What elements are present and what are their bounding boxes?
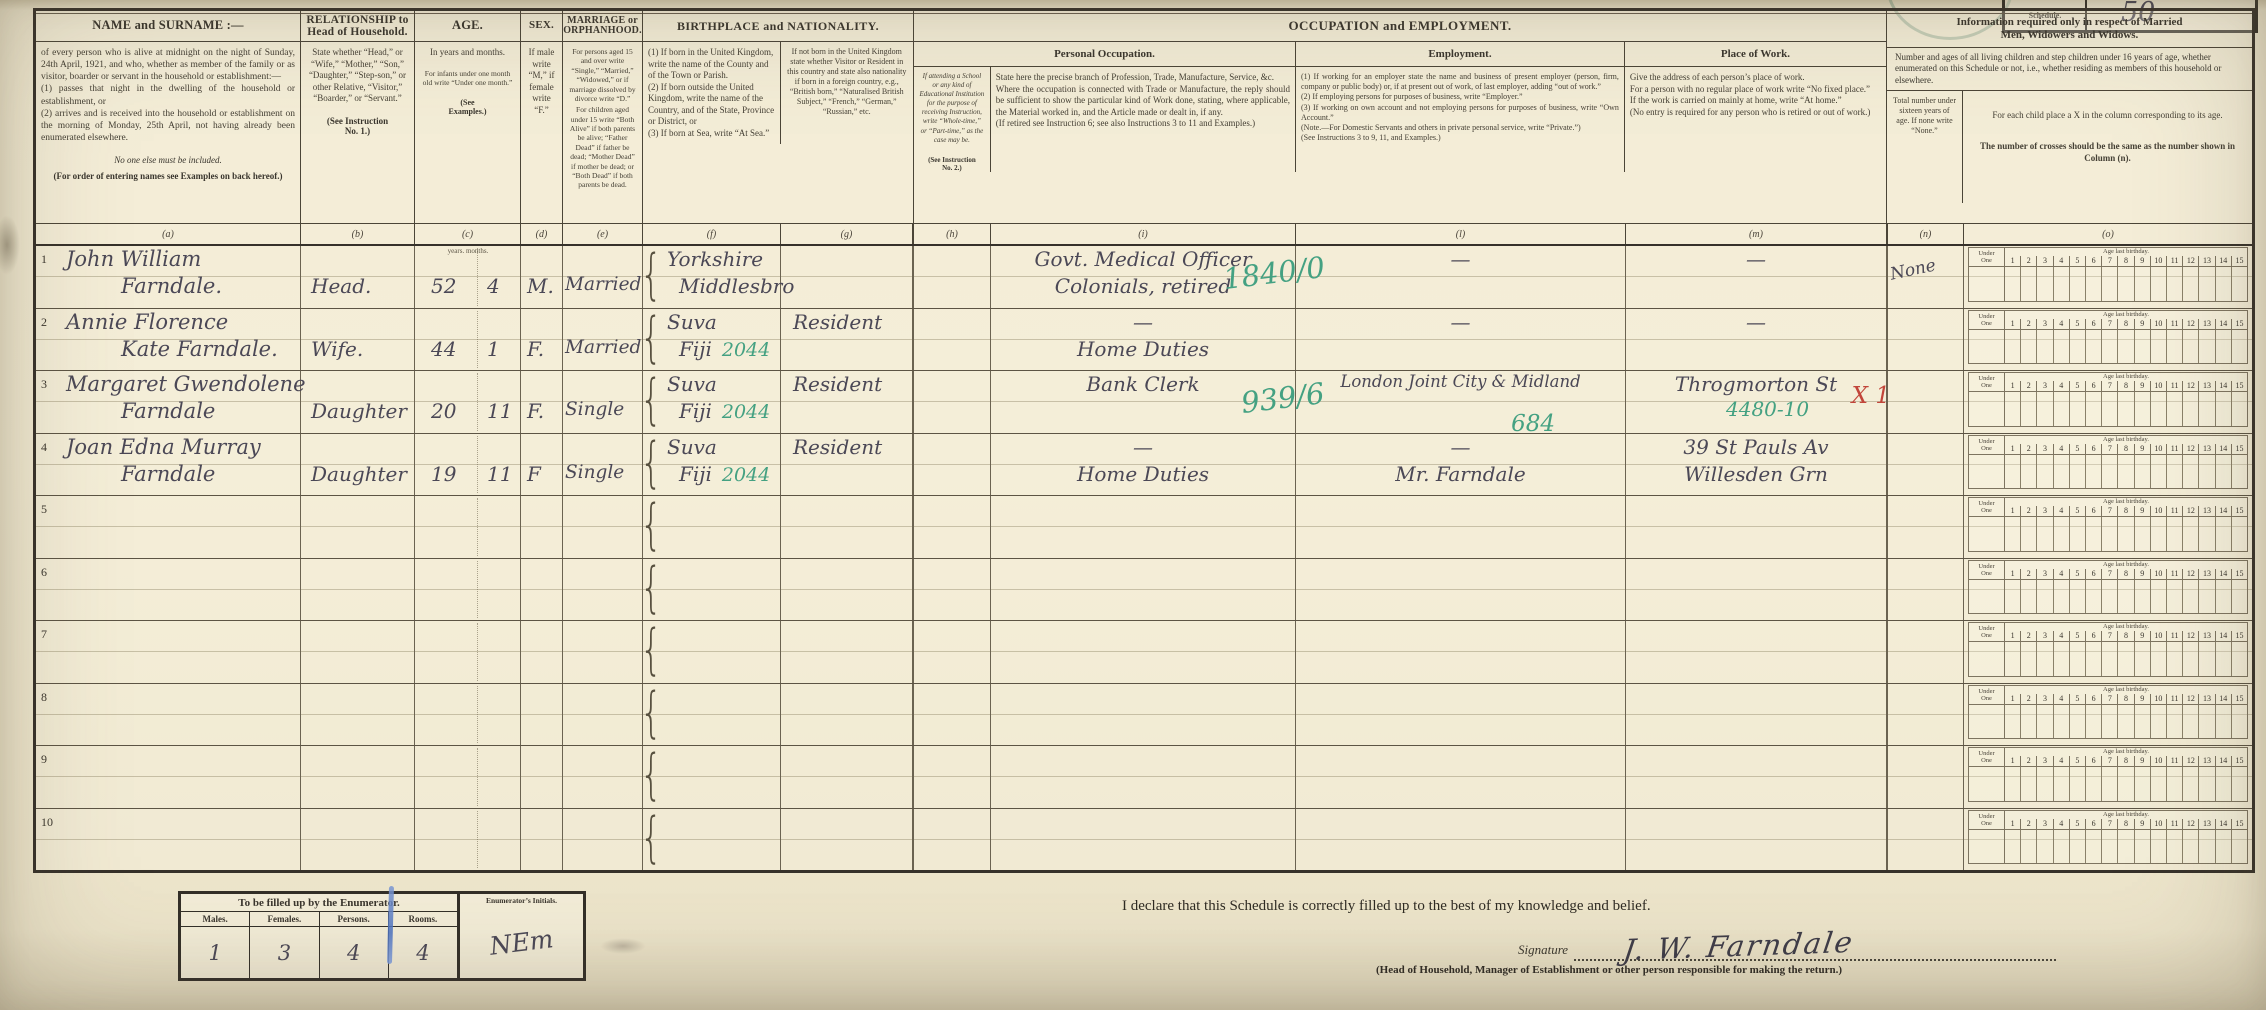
age-mark-cell [2216,455,2232,489]
age-scale-tick: 12 [2183,569,2199,579]
occupation-cell [991,621,1296,683]
age-mark-cells [1969,330,2247,364]
sex-cell [521,496,563,558]
age-scale-tick: 4 [2054,756,2070,766]
row-number: 9 [41,752,47,767]
marriage-value: Married [565,339,641,358]
age-scale-tick: 2 [2021,819,2037,829]
age-scale-tick: 1 [2005,819,2021,829]
age-last-birthday-label: Age last birthday. [2005,811,2247,819]
age-scale-tick: 14 [2216,694,2232,704]
age-mark-cell [2135,455,2151,489]
age-mark-cell [2021,830,2037,864]
row-number: 10 [41,815,53,830]
employment-line1: London Joint City & Midland [1296,374,1625,391]
registrar-code-green: 2044 [722,464,770,486]
age-years-value: 52 [431,276,456,296]
age-scale-tick: 5 [2070,569,2086,579]
occupation-cell: Bank Clerk939/6 [991,371,1296,433]
nationality-desc-col: If not born in the United Kingdom state … [781,42,914,144]
under-one-label: Under One [1969,561,2005,579]
birthplace-cell: { [643,684,781,746]
age-mark-cell [2135,392,2151,426]
place-of-work-line1: — [1626,249,1886,269]
row-number: 2 [41,315,47,330]
age-scale-tick: 6 [2086,694,2102,704]
relationship-cell [301,746,415,808]
age-scale-tick: 7 [2102,694,2118,704]
age-mark-cell [2167,455,2183,489]
age-scale-tick: 4 [2054,506,2070,516]
age-scale-tick: 11 [2167,444,2183,454]
table-row: 2Annie FlorenceKate Farndale.Wife.441F.M… [36,309,2252,372]
birthplace-line1: Yorkshire [667,249,763,269]
age-mark-cell [2021,580,2037,614]
age-scale-tick: 1 [2005,506,2021,516]
age-scale-tick: 4 [2054,381,2070,391]
children-ages-cell: Under OneAge last birthday.1234567891011… [1964,684,2252,746]
age-mark-cell [2151,392,2167,426]
age-scale-tick: 8 [2118,444,2134,454]
age-scale-tick: 10 [2151,631,2167,641]
children-age-grid: Under OneAge last birthday.1234567891011… [1968,497,2248,552]
age-scale-tick: 13 [2199,506,2215,516]
signature-label: Signature [1518,942,1568,961]
age-cell [415,684,521,746]
age-mark-cell [2102,642,2118,676]
age-mark-cell [2151,830,2167,864]
table-row: 6{Under OneAge last birthday.12345678910… [36,559,2252,622]
marriage-cell [563,621,643,683]
school-desc-col: If attending a School or any kind of Edu… [914,67,991,172]
column-letter: (i) [991,224,1296,244]
relationship-value: Daughter [311,464,407,484]
nationality-cell [781,684,914,746]
age-cell: 2011 [415,371,521,433]
age-cell [415,621,521,683]
age-scale: 123456789101112131415 [2005,819,2247,829]
nationality-cell [781,559,914,621]
age-scale-tick: 15 [2232,319,2247,329]
age-scale-tick: 6 [2086,756,2102,766]
age-scale-tick: 1 [2005,319,2021,329]
census-form-table: NAME and SURNAME :— of every person who … [33,8,2255,873]
age-mark-cell [1969,705,2005,739]
age-cell [415,809,521,871]
column-letter: (e) [563,224,643,244]
age-mark-cell [2151,580,2167,614]
school-cell [914,621,991,683]
birthplace-line2: Fiji2044 [679,401,770,422]
age-scale-tick: 11 [2167,381,2183,391]
age-mark-cell [2216,580,2232,614]
age-scale-tick: 7 [2102,256,2118,266]
age-scale-tick: 13 [2199,756,2215,766]
age-mark-cell [2086,392,2102,426]
children-ages-cell: Under OneAge last birthday.1234567891011… [1964,309,2252,371]
children-ages-cell: Under OneAge last birthday.1234567891011… [1964,621,2252,683]
age-mark-cell [2118,267,2134,301]
employment-cell [1296,684,1626,746]
place-of-work-cell: 39 St Pauls AvWillesden Grn [1626,434,1888,496]
marriage-title: MARRIAGE or ORPHANHOOD. [563,11,642,42]
age-scale-tick: 4 [2054,694,2070,704]
age-scale-tick: 11 [2167,694,2183,704]
occupation-desc-col: State here the precise branch of Profess… [991,67,1295,172]
age-mark-cell [2037,642,2053,676]
age-scale-tick: 12 [2183,631,2199,641]
relationship-value: Head. [311,276,371,296]
age-scale-tick: 9 [2135,381,2151,391]
birthplace-town: Fiji [679,337,712,361]
row-number: 4 [41,440,47,455]
children-ages-cell: Under OneAge last birthday.1234567891011… [1964,371,2252,433]
age-mark-cell [2167,830,2183,864]
column-letter: (g) [781,224,914,244]
age-mark-cell [2135,330,2151,364]
age-note: (See Examples.) [415,98,520,116]
relationship-cell [301,809,415,871]
children-ages-cell: Under OneAge last birthday.1234567891011… [1964,246,2252,308]
occupation-line2: Home Duties [991,464,1295,484]
sex-value: F. [527,339,544,359]
age-mark-cell [2199,330,2215,364]
age-mark-cell [2054,642,2070,676]
place-of-work-cell [1626,621,1888,683]
age-scale-tick: 11 [2167,506,2183,516]
age-mark-cell [2005,330,2021,364]
sex-cell [521,621,563,683]
row-number: 6 [41,565,47,580]
marriage-cell: Single [563,434,643,496]
age-mark-cell [2102,517,2118,551]
school-cell [914,434,991,496]
age-scale-tick: 6 [2086,506,2102,516]
children-ages-cell: Under OneAge last birthday.1234567891011… [1964,809,2252,871]
nationality-cell [781,746,914,808]
age-mark-cell [2151,267,2167,301]
age-scale-tick: 7 [2102,756,2118,766]
age-mark-cell [2037,392,2053,426]
age-scale-tick: 15 [2232,256,2247,266]
printed-brace: { [640,309,662,370]
age-mark-cell [2167,580,2183,614]
age-mark-cell [2037,517,2053,551]
age-mark-cell [2086,767,2102,801]
age-cell: 524 [415,246,521,308]
age-last-birthday-label: Age last birthday. [2005,623,2247,631]
birthplace-group-title: BIRTHPLACE and NATIONALITY. [643,11,913,42]
children-info-title: Information required only in respect of … [1887,11,2252,48]
age-scale-tick: 8 [2118,319,2134,329]
employment-line1: — [1296,437,1625,457]
table-row: 9{Under OneAge last birthday.12345678910… [36,746,2252,809]
school-cell [914,246,991,308]
birthplace-cell: {SuvaFiji2044 [643,434,781,496]
printed-brace: { [640,621,662,682]
sex-cell: M. [521,246,563,308]
nationality-cell [781,809,914,871]
place-of-work-line2: Willesden Grn [1626,464,1886,484]
enumerator-totals: To be filled up by the Enumerator. Males… [181,894,460,978]
age-scale-tick: 1 [2005,569,2021,579]
column-letter: (d) [521,224,563,244]
printed-brace: { [640,559,662,620]
occupation-cell: —Home Duties [991,309,1296,371]
age-scale-tick: 2 [2021,569,2037,579]
children-age-grid: Under OneAge last birthday.1234567891011… [1968,372,2248,427]
school-cell [914,309,991,371]
occupation-line2: Home Duties [991,339,1295,359]
age-scale-tick: 9 [2135,631,2151,641]
age-mark-cell [2086,642,2102,676]
age-mark-cell [2183,392,2199,426]
age-mark-cell [2183,642,2199,676]
age-mark-cell [2102,767,2118,801]
employment-desc: (1) If working for an employer state the… [1296,67,1624,149]
employment-cell: — [1296,246,1626,308]
age-mark-cell [2005,767,2021,801]
marriage-cell [563,809,643,871]
age-mark-cell [2070,267,2086,301]
declaration-subtext: (Head of Household, Manager of Establish… [1376,964,2056,976]
col-header-age: AGE. In years and months. For infants un… [415,11,521,223]
relationship-cell: Head. [301,246,415,308]
enumerator-value: 3 [250,927,319,978]
relationship-desc: State whether “Head,” or “Wife,” “Mother… [301,42,414,110]
school-cell [914,496,991,558]
age-mark-cell [2086,580,2102,614]
age-mark-cell [2183,830,2199,864]
age-mark-cells [1969,642,2247,676]
name-line2: Kate Farndale. [121,339,278,360]
age-scale-tick: 7 [2102,381,2118,391]
birthplace-line2: Fiji2044 [679,339,770,360]
age-mark-cell [2199,580,2215,614]
age-scale-tick: 1 [2005,256,2021,266]
col-header-relationship: RELATIONSHIP to Head of Household. State… [301,11,415,223]
age-mark-cell [1969,767,2005,801]
age-mark-cell [2070,580,2086,614]
age-mark-cell [2118,642,2134,676]
birthplace-town: Fiji [679,462,712,486]
age-mark-cell [2135,267,2151,301]
employment-cell [1296,621,1626,683]
name-cell: 2Annie FlorenceKate Farndale. [36,309,301,371]
age-scale-tick: 6 [2086,569,2102,579]
age-mark-cell [2216,392,2232,426]
age-scale-tick: 15 [2232,444,2247,454]
children-age-grid: Under OneAge last birthday.1234567891011… [1968,622,2248,677]
age-last-birthday-label: Age last birthday. [2005,436,2247,444]
age-scale-tick: 5 [2070,256,2086,266]
name-cell: 6 [36,559,301,621]
age-mark-cell [2054,330,2070,364]
nationality-cell [781,246,914,308]
form-header: NAME and SURNAME :— of every person who … [36,11,2252,224]
age-scale-tick: 12 [2183,694,2199,704]
age-scale: 123456789101112131415 [2005,631,2247,641]
place-of-work-subtitle: Place of Work. [1625,42,1886,67]
age-scale-tick: 8 [2118,819,2134,829]
age-scale-tick: 7 [2102,319,2118,329]
age-mark-cell [2183,330,2199,364]
age-mark-cells [1969,455,2247,489]
place-of-work-cell [1626,684,1888,746]
name-title: NAME and SURNAME :— [36,11,300,42]
nationality-cell: Resident [781,371,914,433]
enumerator-value: 4 [389,927,457,978]
relationship-note: (See Instruction No. 1.) [301,116,414,136]
place-of-work-cell: — [1626,309,1888,371]
age-scale-tick: 12 [2183,756,2199,766]
marriage-cell [563,746,643,808]
age-mark-cell [2070,830,2086,864]
age-mark-cell [2086,330,2102,364]
printed-brace: { [640,434,662,495]
age-scale-tick: 10 [2151,756,2167,766]
age-mark-cell [2232,642,2247,676]
printed-brace: { [640,246,662,307]
name-cell: 9 [36,746,301,808]
age-scale: 123456789101112131415 [2005,756,2247,766]
total-under16-cell [1888,746,1964,808]
age-mark-cell [2167,267,2183,301]
age-scale-tick: 8 [2118,756,2134,766]
signature-handwriting: J. W. Farndale [1621,925,1856,967]
age-scale: 123456789101112131415 [2005,444,2247,454]
age-scale-tick: 14 [2216,381,2232,391]
name-cell: 3Margaret GwendoleneFarndale [36,371,301,433]
age-mark-cell [2102,455,2118,489]
age-scale-tick: 2 [2021,444,2037,454]
age-mark-cell [2199,705,2215,739]
age-mark-cell [2135,642,2151,676]
age-mark-cell [2199,830,2215,864]
sex-cell [521,684,563,746]
age-mark-cell [2167,705,2183,739]
age-mark-cell [2232,767,2247,801]
column-letter: (l) [1296,224,1626,244]
age-scale-tick: 10 [2151,319,2167,329]
total-under16-cell: None [1888,246,1964,308]
school-cell [914,746,991,808]
age-mark-cell [2118,580,2134,614]
age-scale-tick: 13 [2199,631,2215,641]
under-one-label: Under One [1969,498,2005,516]
age-scale-tick: 8 [2118,506,2134,516]
birthplace-town: Middlesbro [679,274,794,298]
age-mark-cell [2216,830,2232,864]
age-mark-cell [2199,517,2215,551]
age-last-birthday-label: Age last birthday. [2005,561,2247,569]
age-scale-tick: 2 [2021,631,2037,641]
age-mark-cell [2135,705,2151,739]
age-mark-cell [2054,455,2070,489]
age-scale-tick: 14 [2216,819,2232,829]
age-mark-cell [2054,580,2070,614]
age-mark-cell [2037,330,2053,364]
birthplace-cell: { [643,621,781,683]
birthplace-group-header: BIRTHPLACE and NATIONALITY. (1) If born … [643,11,914,223]
age-scale-tick: 15 [2232,381,2247,391]
column-letter: (h) [914,224,991,244]
sex-value: F [527,464,541,484]
age-scale-tick: 9 [2135,569,2151,579]
name-line1: Joan Edna Murray [66,437,261,458]
age-mark-cell [2199,267,2215,301]
marriage-cell [563,684,643,746]
crosses-desc2: The number of crosses should be the same… [1963,136,2252,169]
relationship-cell: Daughter [301,371,415,433]
occupation-cell [991,684,1296,746]
name-cell: 7 [36,621,301,683]
age-mark-cell [2183,705,2199,739]
age-scale-tick: 11 [2167,631,2183,641]
age-scale-tick: 13 [2199,569,2215,579]
children-age-grid: Under OneAge last birthday.1234567891011… [1968,685,2248,740]
age-mark-cell [2232,830,2247,864]
col-header-sex: SEX. If male write “M,” if female write … [521,11,563,223]
age-mark-cell [2183,267,2199,301]
age-scale-tick: 4 [2054,819,2070,829]
age-scale-tick: 11 [2167,569,2183,579]
birthplace-line2: Fiji2044 [679,464,770,485]
birthplace-line1: Suva [667,374,717,394]
name-line1: Margaret Gwendolene [66,374,306,395]
age-scale-tick: 4 [2054,256,2070,266]
age-mark-cells [1969,767,2247,801]
nationality-value: Resident [793,437,882,457]
age-mark-cell [2232,267,2247,301]
employment-cell [1296,496,1626,558]
age-months-value: 4 [487,276,500,296]
age-scale-tick: 1 [2005,381,2021,391]
age-scale-tick: 8 [2118,569,2134,579]
row-number: 1 [41,252,47,267]
age-mark-cell [2054,830,2070,864]
age-scale-tick: 9 [2135,694,2151,704]
age-scale-tick: 9 [2135,819,2151,829]
age-mark-cell [2102,267,2118,301]
age-scale: 123456789101112131415 [2005,319,2247,329]
age-mark-cell [2086,455,2102,489]
age-mark-cell [2216,767,2232,801]
under-one-label: Under One [1969,436,2005,454]
printed-brace: { [640,371,662,432]
age-scale-tick: 14 [2216,631,2232,641]
enumerator-initials-handwriting: NEm [456,900,587,985]
total-under16-cell [1888,621,1964,683]
age-mark-cells [1969,830,2247,864]
sex-cell [521,809,563,871]
age-mark-cell [2021,642,2037,676]
age-mark-cell [2102,330,2118,364]
relationship-cell [301,496,415,558]
sex-cell: F. [521,371,563,433]
age-mark-cell [2037,580,2053,614]
age-mark-cell [1969,392,2005,426]
age-mark-cell [2216,267,2232,301]
marriage-desc: For persons aged 15 and over write “Sing… [563,42,642,105]
age-mark-cell [2070,455,2086,489]
age-cell [415,559,521,621]
age-scale-tick: 11 [2167,256,2183,266]
age-mark-cell [1969,330,2005,364]
age-scale-tick: 15 [2232,506,2247,516]
age-scale-tick: 12 [2183,381,2199,391]
age-scale-tick: 8 [2118,381,2134,391]
